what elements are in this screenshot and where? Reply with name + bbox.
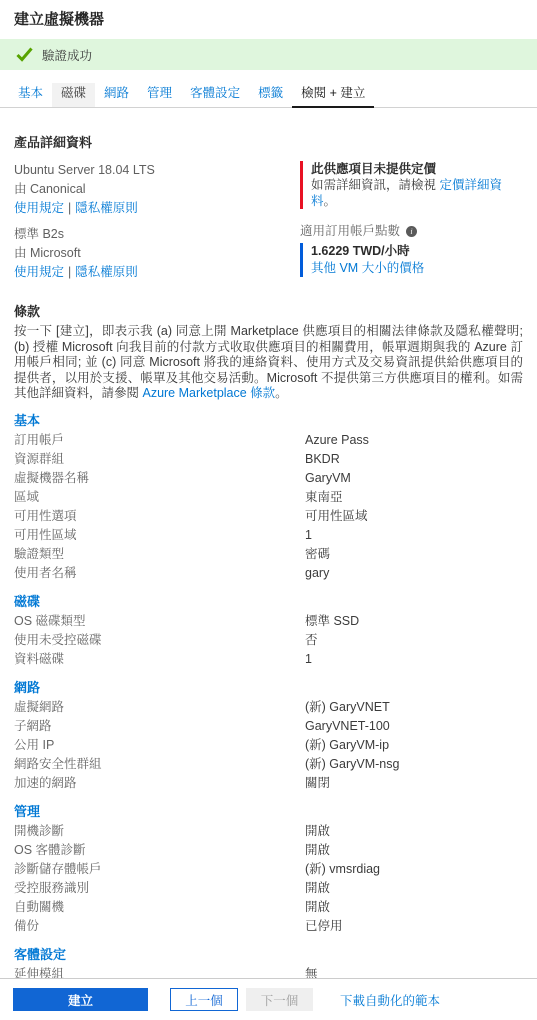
summary-row: 延伸模組無	[14, 965, 523, 979]
review-content: 產品詳細資料 Ubuntu Server 18.04 LTS 由 Canonic…	[0, 108, 537, 978]
row-label: 虛擬機器名稱	[14, 469, 305, 488]
summary-row: 公用 IP(新) GaryVM-ip	[14, 736, 523, 755]
row-value: gary	[305, 564, 329, 583]
row-label: OS 客體診斷	[14, 841, 305, 860]
row-value: 已停用	[305, 917, 343, 936]
summary-row: 子網路GaryVNET-100	[14, 717, 523, 736]
row-value: 可用性區域	[305, 507, 368, 526]
row-value: 1	[305, 650, 312, 669]
row-label: 延伸模組	[14, 965, 305, 979]
privacy-policy-link[interactable]: 隱私權原則	[75, 265, 138, 279]
summary-row: 可用性區域1	[14, 526, 523, 545]
row-value: 東南亞	[305, 488, 343, 507]
product-details: Ubuntu Server 18.04 LTS 由 Canonical 使用規定…	[14, 161, 523, 289]
row-value: 否	[305, 631, 318, 650]
summary-row: 資料磁碟1	[14, 650, 523, 669]
section-heading-基本: 基本	[14, 411, 523, 431]
section-heading-網路: 網路	[14, 678, 523, 698]
summary-row: 診斷儲存體帳戶(新) vmsrdiag	[14, 860, 523, 879]
summary-row: 驗證類型密碼	[14, 545, 523, 564]
terms-of-use-link[interactable]: 使用規定	[14, 201, 64, 215]
summary-row: 受控服務識別開啟	[14, 879, 523, 898]
create-button[interactable]: 建立	[13, 988, 148, 1011]
summary-row: OS 客體診斷開啟	[14, 841, 523, 860]
row-value: 1	[305, 526, 312, 545]
checkmark-icon	[16, 47, 42, 62]
tab-檢閱 + 建立[interactable]: 檢閱 + 建立	[292, 83, 374, 108]
terms-body: 按一下 [建立]，即表示我 (a) 同意上開 Marketplace 供應項目的…	[14, 324, 523, 402]
summary-row: 區域東南亞	[14, 488, 523, 507]
terms-heading: 條款	[14, 303, 523, 320]
offer-publisher: 由 Microsoft	[14, 244, 300, 263]
summary-row: 虛擬網路(新) GaryVNET	[14, 698, 523, 717]
row-label: 加速的網路	[14, 774, 305, 793]
summary-row: 加速的網路關閉	[14, 774, 523, 793]
summary-row: 資源群組BKDR	[14, 450, 523, 469]
row-value: GaryVM	[305, 469, 351, 488]
section-heading-磁碟: 磁碟	[14, 592, 523, 612]
row-label: 虛擬網路	[14, 698, 305, 717]
tab-bar: 基本磁碟網路管理客體設定標籤檢閱 + 建立	[0, 83, 537, 108]
summary-row: 網路安全性群組(新) GaryVM-nsg	[14, 755, 523, 774]
product-offers: Ubuntu Server 18.04 LTS 由 Canonical 使用規定…	[14, 161, 300, 289]
terms-of-use-link[interactable]: 使用規定	[14, 265, 64, 279]
summary-row: 可用性選項可用性區域	[14, 507, 523, 526]
previous-button[interactable]: 上一個	[170, 988, 238, 1011]
summary-row: 使用未受控磁碟否	[14, 631, 523, 650]
row-label: 使用未受控磁碟	[14, 631, 305, 650]
subscription-credits-label: 適用訂用帳戶點數 i	[300, 222, 523, 241]
row-value: 關閉	[305, 774, 330, 793]
row-label: 診斷儲存體帳戶	[14, 860, 305, 879]
create-vm-pane: 建立虛擬機器 驗證成功 基本磁碟網路管理客體設定標籤檢閱 + 建立 產品詳細資料…	[0, 0, 537, 978]
privacy-policy-link[interactable]: 隱私權原則	[75, 201, 138, 215]
validation-status-text: 驗證成功	[42, 46, 92, 64]
marketplace-terms-link[interactable]: Azure Marketplace 條款	[142, 386, 275, 400]
row-label: 自動關機	[14, 898, 305, 917]
tab-基本[interactable]: 基本	[9, 83, 52, 107]
row-label: 資源群組	[14, 450, 305, 469]
tabs: 基本磁碟網路管理客體設定標籤檢閱 + 建立	[9, 83, 528, 107]
download-template-link[interactable]: 下載自動化的範本	[340, 991, 440, 1009]
row-label: 網路安全性群組	[14, 755, 305, 774]
no-pricing-body: 如需詳細資訊，請檢視 定價詳細資料。	[311, 177, 523, 209]
row-value: Azure Pass	[305, 431, 369, 450]
credits-label-text: 適用訂用帳戶點數	[300, 222, 400, 241]
pricing-column: 此供應項目未提供定價 如需詳細資訊，請檢視 定價詳細資料。 適用訂用帳戶點數 i…	[300, 161, 523, 289]
row-value: 密碼	[305, 545, 330, 564]
offer-publisher: 由 Canonical	[14, 180, 300, 199]
tab-網路[interactable]: 網路	[95, 83, 138, 107]
info-icon[interactable]: i	[406, 226, 417, 237]
page-title: 建立虛擬機器	[0, 0, 537, 39]
row-label: 開機診斷	[14, 822, 305, 841]
row-value: (新) GaryVM-nsg	[305, 755, 399, 774]
offer-name: Ubuntu Server 18.04 LTS	[14, 161, 300, 180]
terms-text-suffix: 。	[275, 386, 288, 400]
tab-客體設定[interactable]: 客體設定	[181, 83, 249, 107]
row-value: (新) GaryVM-ip	[305, 736, 389, 755]
row-label: 公用 IP	[14, 736, 305, 755]
row-value: BKDR	[305, 450, 340, 469]
next-button: 下一個	[246, 988, 313, 1011]
row-value: 無	[305, 965, 318, 979]
terms-section: 條款 按一下 [建立]，即表示我 (a) 同意上開 Marketplace 供應…	[14, 303, 523, 402]
link-separator: |	[68, 201, 71, 215]
row-value: (新) vmsrdiag	[305, 860, 380, 879]
row-label: 可用性區域	[14, 526, 305, 545]
summary-row: 訂用帳戶Azure Pass	[14, 431, 523, 450]
other-vm-sizes-link[interactable]: 其他 VM 大小的價格	[311, 261, 424, 275]
offer-legal-links: 使用規定|隱私權原則	[14, 199, 300, 218]
row-label: 可用性選項	[14, 507, 305, 526]
row-label: 使用者名稱	[14, 564, 305, 583]
row-value: 開啟	[305, 822, 330, 841]
offer-legal-links: 使用規定|隱私權原則	[14, 263, 300, 282]
row-label: 區域	[14, 488, 305, 507]
tab-管理[interactable]: 管理	[138, 83, 181, 107]
offer-ubuntu: Ubuntu Server 18.04 LTS 由 Canonical 使用規定…	[14, 161, 300, 218]
no-pricing-note: 此供應項目未提供定價 如需詳細資訊，請檢視 定價詳細資料。	[300, 161, 523, 209]
section-heading-客體設定: 客體設定	[14, 945, 523, 965]
no-pricing-title: 此供應項目未提供定價	[311, 161, 523, 177]
no-pricing-text-suffix: 。	[324, 194, 337, 208]
row-label: OS 磁碟類型	[14, 612, 305, 631]
row-label: 訂用帳戶	[14, 431, 305, 450]
summary-row: 使用者名稱gary	[14, 564, 523, 583]
row-label: 備份	[14, 917, 305, 936]
price-block: 1.6229 TWD/小時 其他 VM 大小的價格	[300, 243, 523, 277]
row-value: 開啟	[305, 898, 330, 917]
tab-磁碟[interactable]: 磁碟	[52, 83, 95, 107]
offer-vm-size: 標準 B2s 由 Microsoft 使用規定|隱私權原則	[14, 225, 300, 282]
sections: 基本訂用帳戶Azure Pass資源群組BKDR虛擬機器名稱GaryVM區域東南…	[14, 411, 523, 979]
row-value: GaryVNET-100	[305, 717, 390, 736]
row-label: 資料磁碟	[14, 650, 305, 669]
summary-row: 備份已停用	[14, 917, 523, 936]
row-value: 開啟	[305, 879, 330, 898]
row-label: 受控服務識別	[14, 879, 305, 898]
link-separator: |	[68, 265, 71, 279]
tab-標籤[interactable]: 標籤	[249, 83, 292, 107]
validation-success-banner: 驗證成功	[0, 39, 537, 70]
row-value: 開啟	[305, 841, 330, 860]
summary-row: 開機診斷開啟	[14, 822, 523, 841]
summary-row: OS 磁碟類型標準 SSD	[14, 612, 523, 631]
footer-bar: 建立 上一個 下一個 下載自動化的範本	[0, 978, 537, 1020]
row-label: 子網路	[14, 717, 305, 736]
section-heading-管理: 管理	[14, 802, 523, 822]
no-pricing-text: 如需詳細資訊，請檢視	[311, 178, 439, 192]
row-value: (新) GaryVNET	[305, 698, 390, 717]
offer-name: 標準 B2s	[14, 225, 300, 244]
row-value: 標準 SSD	[305, 612, 359, 631]
summary-row: 虛擬機器名稱GaryVM	[14, 469, 523, 488]
summary-row: 自動關機開啟	[14, 898, 523, 917]
row-label: 驗證類型	[14, 545, 305, 564]
product-details-heading: 產品詳細資料	[14, 134, 523, 151]
hourly-price: 1.6229 TWD/小時	[311, 243, 523, 260]
